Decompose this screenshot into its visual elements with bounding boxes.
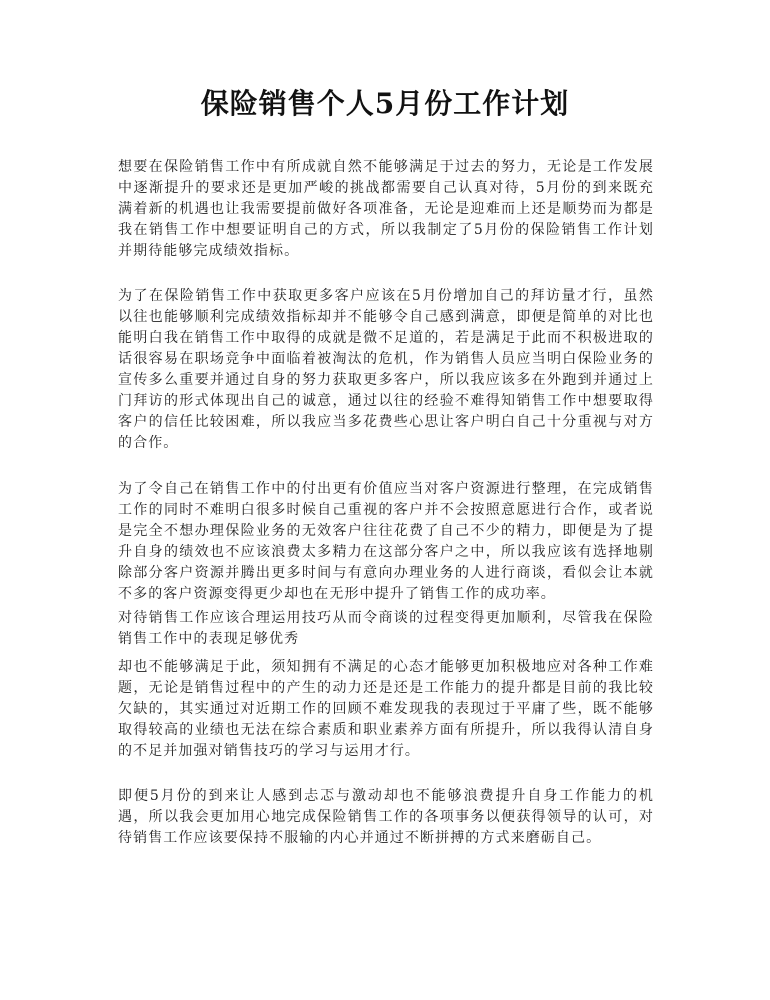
document-title: 保险销售个人5月份工作计划 (0, 86, 770, 122)
paragraph-intro: 想要在保险销售工作中有所成就自然不能够满足于过去的努力，无论是工作发展中逐渐提升… (118, 157, 654, 262)
paragraph-conclusion: 即便5月份的到来让人感到忐忑与激动却也不能够浪费提升自身工作能力的机遇，所以我会… (118, 786, 654, 849)
paragraph-sales-skills: 对待销售工作应该合理运用技巧从而令商谈的过程变得更加顺利，尽管我在保险销售工作中… (118, 608, 654, 650)
paragraph-client-resources: 为了令自己在销售工作中的付出更有价值应当对客户资源进行整理，在完成销售工作的同时… (118, 479, 654, 605)
paragraph-visits: 为了在保险销售工作中获取更多客户应该在5月份增加自己的拜访量才行，虽然以往也能够… (118, 286, 654, 454)
document-page: 保险销售个人5月份工作计划 想要在保险销售工作中有所成就自然不能够满足于过去的努… (0, 0, 770, 1000)
paragraph-self-improvement: 却也不能够满足于此，须知拥有不满足的心态才能够更加积极地应对各种工作难题，无论是… (118, 657, 654, 762)
